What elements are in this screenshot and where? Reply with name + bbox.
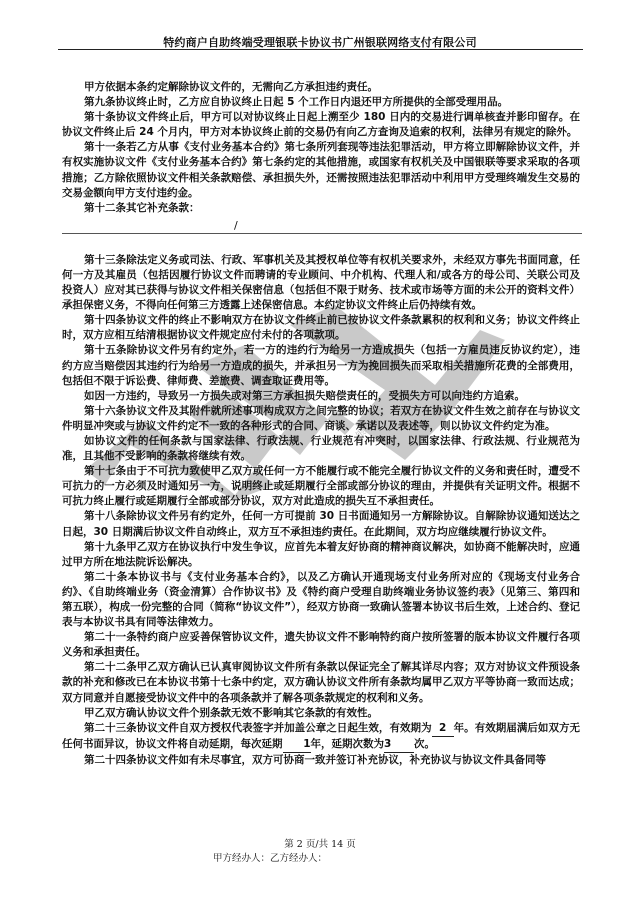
- extension-count-field: 3: [384, 737, 414, 753]
- article-23-text-1: 第二十三条协议文件自双方授权代表签字并加盖公章之日起生效，有效期为: [84, 722, 432, 734]
- article-11: 第十一条若乙方从事《支付业务基本合约》第七条所列套现等违法犯罪活动，甲方将立即解…: [62, 140, 580, 200]
- validity-years-field: 2: [432, 721, 454, 737]
- article-24: 第二十四条协议文件如有未尽事宜，双方可协商一致并签订补充协议，补充协议与协议文件…: [62, 753, 580, 768]
- article-22-clause-2: 甲乙双方确认协议文件个别条款无效不影响其它条款的有效性。: [62, 706, 580, 721]
- article-14: 第十四条协议文件的终止不影响双方在协议文件终止前已按协议文件条款累积的权利和义务…: [62, 313, 580, 343]
- article-16-clause-2: 如协议文件的任何条款与国家法律、行政法规、行业规范有冲突时，以国家法律、行政法规…: [62, 434, 580, 464]
- article-20: 第二十条本协议书与《支付业务基本合约》，以及乙方确认开通现场支付业务所对应的《现…: [62, 570, 580, 630]
- article-18: 第十八条除协议文件另有约定外，任何一方可提前 30 日书面通知另一方解除协议。自…: [62, 509, 580, 539]
- article-22: 第二十二条甲乙双方确认已认真审阅协议文件所有条款以保证完全了解其详尽内容；双方对…: [62, 660, 580, 705]
- header-divider: [58, 49, 583, 50]
- page-indicator: 第 2 页/共 14 页: [0, 836, 640, 850]
- article-13: 第十三条除法定义务或司法、行政、军事机关及其授权单位等有权机关要求外，未经双方事…: [62, 253, 580, 313]
- signatories-line: 甲方经办人：乙方经办人：: [0, 850, 590, 864]
- extension-years-field: 1: [283, 737, 311, 753]
- article-23-text-4: 次。: [414, 738, 435, 750]
- article-15-clause-2: 如因一方违约，导致另一方损失或对第三方承担损失赔偿责任的，受损失方可以向违约方追…: [62, 389, 580, 404]
- article-12: 第十二条其它补充条款：: [62, 201, 580, 216]
- article-9: 第九条协议终止时，乙方应自协议终止日起 5 个工作日内退还甲方所提供的全部受理用…: [62, 95, 580, 110]
- supplementary-clause-underline: [62, 233, 582, 234]
- supplementary-clause-field: /: [62, 216, 580, 238]
- paragraph-intro: 甲方依据本条约定解除协议文件的，无需向乙方承担违约责任。: [62, 80, 580, 95]
- article-19: 第十九条甲乙双方在协议执行中发生争议，应首先本着友好协商的精神商议解决，如协商不…: [62, 540, 580, 570]
- article-23: 第二十三条协议文件自双方授权代表签字并加盖公章之日起生效，有效期为2年。有效期届…: [62, 721, 580, 753]
- article-21: 第二十一条特约商户应妥善保管协议文件，遗失协议文件不影响特约商户按所签署的版本协…: [62, 630, 580, 660]
- article-15: 第十五条除协议文件另有约定外，若一方的违约行为给另一方造成损失（包括一方雇员违反…: [62, 343, 580, 388]
- supplementary-clause-value: /: [234, 218, 238, 233]
- article-17: 第十七条由于不可抗力致使甲乙双方或任何一方不能履行或不能完全履行协议文件的义务和…: [62, 464, 580, 509]
- document-header-title: 特约商户自助终端受理银联卡协议书广州银联网络支付有限公司: [0, 34, 640, 50]
- article-16: 第十六条协议文件及其附件就所述事项构成双方之间完整的协议；若双方在协议文件生效之…: [62, 404, 580, 434]
- article-23-text-3: 年，延期次数为: [311, 738, 385, 750]
- document-body: 甲方依据本条约定解除协议文件的，无需向乙方承担违约责任。 第九条协议终止时，乙方…: [62, 80, 580, 768]
- article-10: 第十条协议文件终止后，甲方可以对协议终止日起上溯至少 180 日内的交易进行调单…: [62, 110, 580, 140]
